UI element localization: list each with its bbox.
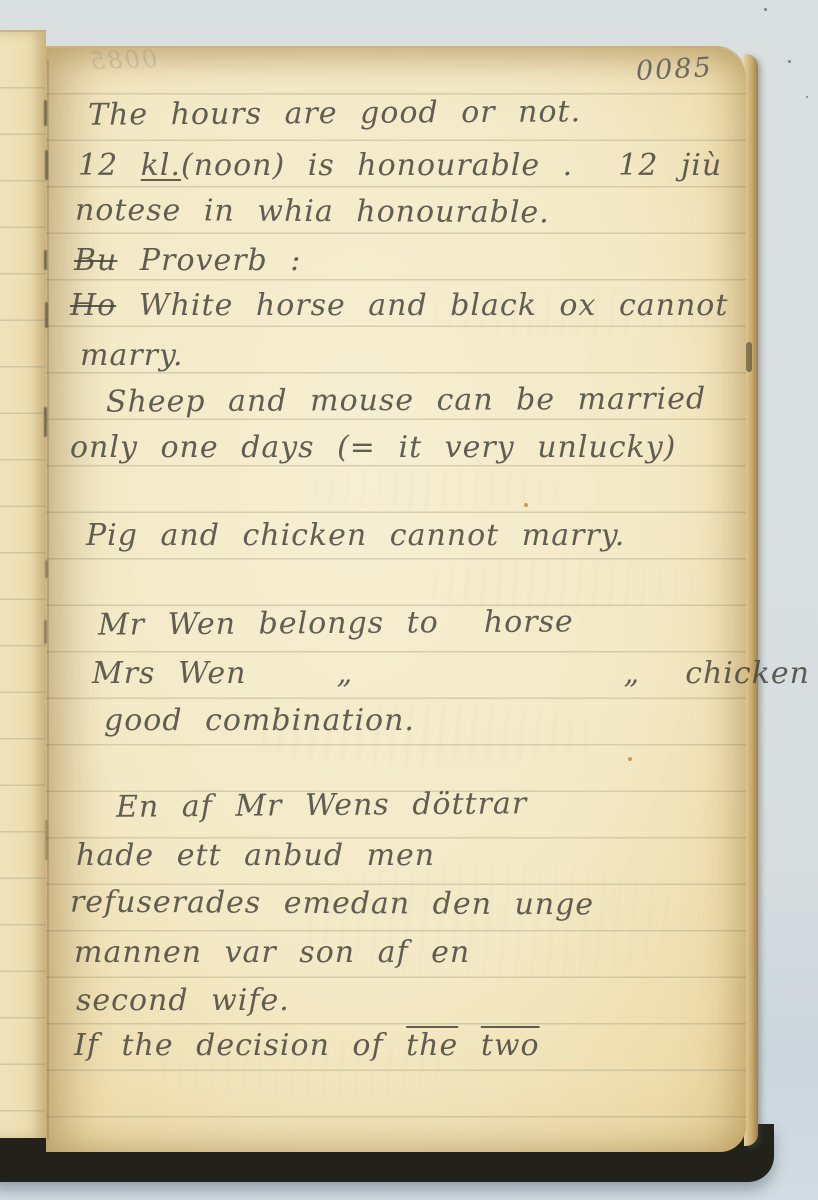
crease-mark	[45, 820, 48, 860]
struck-word: Bu	[74, 243, 117, 278]
scanned-notebook-page: 0085 0085 The hours are good or not. 12 …	[0, 0, 818, 1200]
line-segment	[458, 1028, 481, 1063]
handwritten-line: hade ett anbud men	[76, 838, 435, 874]
crease-mark	[45, 150, 48, 180]
line-segment: If the decision of	[74, 1028, 406, 1063]
page-number: 0085	[635, 52, 713, 87]
handwritten-line: Pig and chicken cannot marry.	[86, 518, 625, 554]
paper-speck	[628, 757, 632, 761]
overlined-word: two	[481, 1028, 540, 1063]
gutter-crease	[47, 60, 49, 1140]
handwritten-line: only one days (= it very unlucky)	[70, 430, 676, 466]
handwritten-line: Ho White horse and black ox cannot	[70, 288, 728, 324]
handwritten-line: mannen var son af en	[74, 935, 470, 971]
dust-speck	[806, 96, 808, 98]
paper-speck	[524, 503, 528, 507]
page-edge-mark	[746, 342, 752, 372]
previous-page-sliver	[0, 30, 46, 1138]
handwritten-line: Mr Wen belongs to horse	[98, 604, 574, 643]
handwritten-line: second wife.	[76, 983, 290, 1019]
handwritten-line: notese in whia honourable.	[75, 193, 550, 231]
ruled-lines-left	[0, 32, 46, 1132]
line-segment: Proverb :	[117, 243, 301, 278]
handwritten-line: En af Mr Wens döttrar	[116, 786, 528, 826]
page-number-bleedthrough: 0085	[88, 45, 158, 75]
line-segment-underlined: kl.	[141, 148, 181, 183]
struck-word: Ho	[70, 288, 116, 323]
handwritten-line: Mrs Wen „ „ chicken	[92, 656, 810, 692]
crease-mark	[44, 100, 47, 126]
handwritten-line: 12 kl.(noon) is honourable . 12 jiù	[78, 148, 722, 184]
handwritten-line: good combination.	[104, 703, 415, 739]
handwritten-line: If the decision of the two	[74, 1028, 540, 1064]
dust-speck	[764, 8, 767, 11]
handwritten-line: Sheep and mouse can be married	[106, 381, 706, 420]
crease-mark	[45, 302, 48, 328]
overlined-word: the	[406, 1028, 458, 1063]
line-segment: White horse and black ox cannot	[116, 288, 728, 323]
page-stack-edge	[744, 54, 758, 1146]
line-segment: 12	[78, 148, 141, 183]
handwritten-line: marry.	[80, 338, 184, 374]
handwritten-line: Bu Proverb :	[74, 243, 301, 279]
crease-mark	[44, 407, 47, 437]
handwritten-line: The hours are good or not.	[88, 94, 581, 133]
dust-speck	[788, 60, 791, 63]
crease-mark	[45, 560, 48, 578]
handwritten-line: refuserades emedan den unge	[70, 885, 594, 924]
crease-mark	[44, 620, 47, 644]
crease-mark	[44, 250, 47, 270]
line-segment: (noon) is honourable . 12 jiù	[181, 148, 722, 183]
